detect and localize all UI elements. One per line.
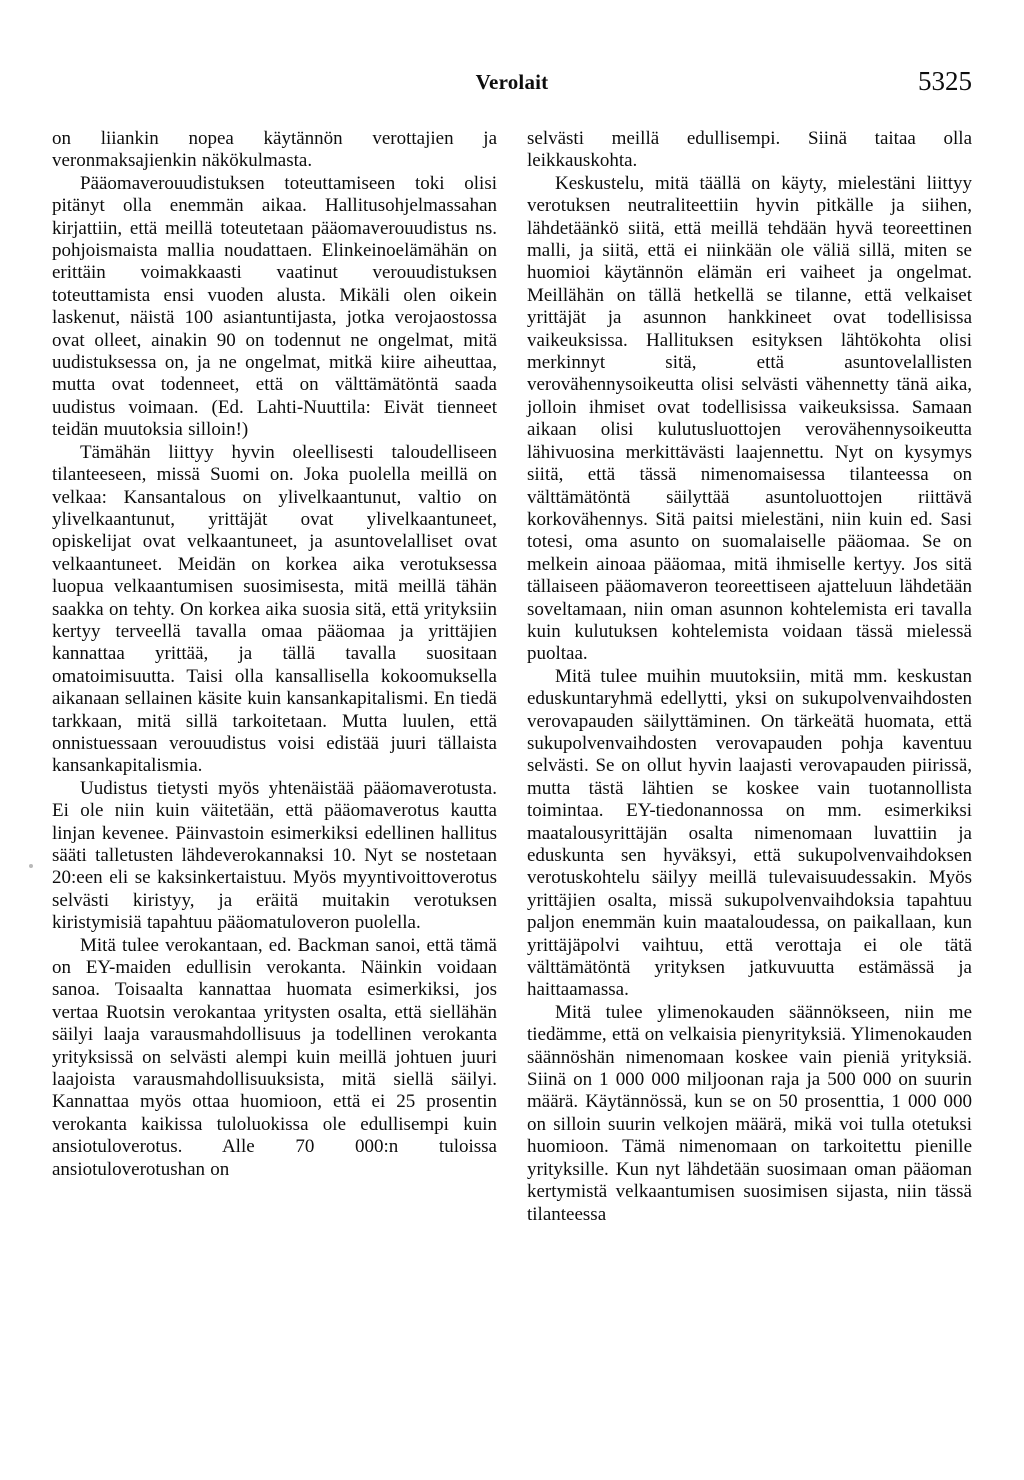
paragraph: Keskustelu, mitä täällä on käyty, mieles… <box>527 173 972 666</box>
page-number: 5325 <box>918 66 972 97</box>
page-header: Verolait 5325 <box>52 66 972 100</box>
paragraph: Mitä tulee ylimenokauden säännökseen, ni… <box>527 1002 972 1226</box>
text-column-left: on liiankin nopea käytännön verottajien … <box>52 128 497 1226</box>
paragraph: Uudistus tietysti myös yhtenäistää pääom… <box>52 778 497 935</box>
scan-speck <box>29 864 33 868</box>
paragraph: Mitä tulee muihin muutoksiin, mitä mm. k… <box>527 666 972 1002</box>
paragraph: Pääomaverouudistuksen toteuttamiseen tok… <box>52 173 497 442</box>
page-title: Verolait <box>52 70 972 95</box>
paragraph: Tämähän liittyy hyvin oleellisesti talou… <box>52 442 497 778</box>
text-columns: on liiankin nopea käytännön verottajien … <box>52 128 972 1226</box>
paragraph: Mitä tulee verokantaan, ed. Backman sano… <box>52 935 497 1181</box>
paragraph: selvästi meillä edullisempi. Siinä taita… <box>527 128 972 173</box>
text-column-right: selvästi meillä edullisempi. Siinä taita… <box>527 128 972 1226</box>
document-page: Verolait 5325 on liiankin nopea käytännö… <box>0 0 1024 1480</box>
paragraph: on liiankin nopea käytännön verottajien … <box>52 128 497 173</box>
